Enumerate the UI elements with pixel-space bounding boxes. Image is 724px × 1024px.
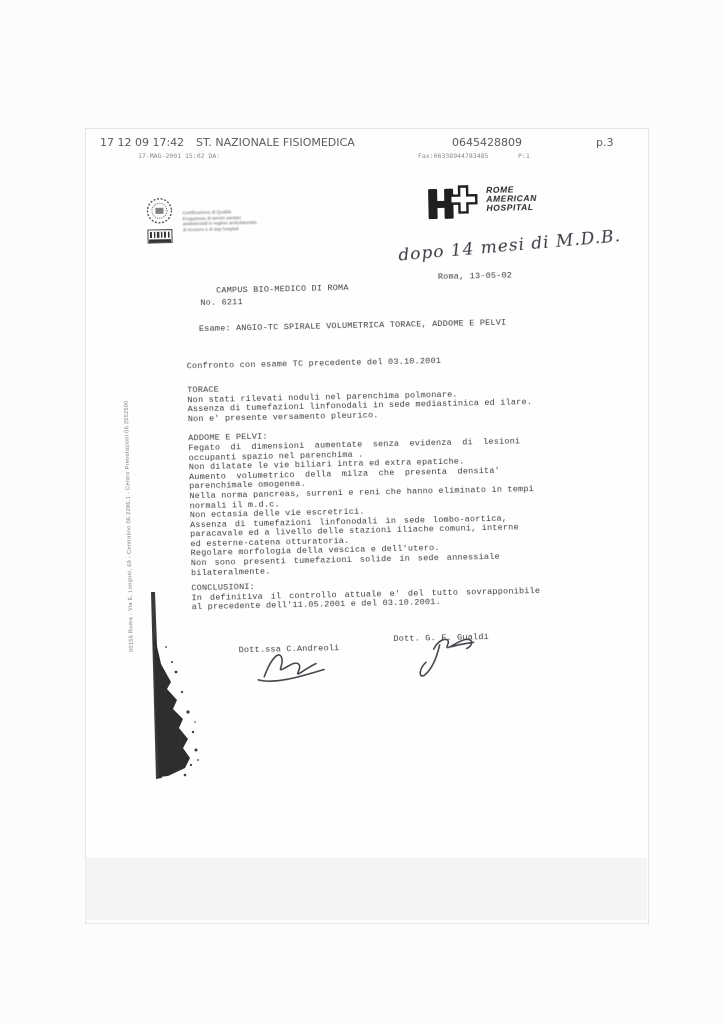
exam-title: Esame: ANGIO-TC SPIRALE VOLUMETRICA TORA… <box>199 318 507 334</box>
signature-right-icon <box>403 630 489 680</box>
institution-name: CAMPUS BIO-MEDICO DI ROMA <box>216 283 349 296</box>
scanned-fax-page: 17 12 09 17:42 ST. NAZIONALE FISIOMEDICA… <box>0 0 724 1024</box>
signature-left-icon <box>254 645 350 687</box>
page-content: Certificazione di Qualità Erogazione di … <box>0 0 724 1024</box>
report-body: Confronto con esame TC precedente del 03… <box>187 355 541 613</box>
quality-seal-icon <box>142 196 179 247</box>
hospital-logo-text: ROME AMERICAN HOSPITAL <box>486 185 537 213</box>
hospital-name-line: HOSPITAL <box>486 203 537 213</box>
comparison-line: Confronto con esame TC precedente del 03… <box>187 355 536 372</box>
certification-line: di ricovero e di day hospital <box>183 226 258 233</box>
report-number: No. 6211 <box>200 297 243 308</box>
hospital-logo-icon <box>426 184 483 221</box>
ink-blob <box>138 592 208 782</box>
city-date: Roma, 13-05-02 <box>438 270 512 282</box>
certification-text: Certificazione di Qualità Erogazione di … <box>182 209 258 233</box>
